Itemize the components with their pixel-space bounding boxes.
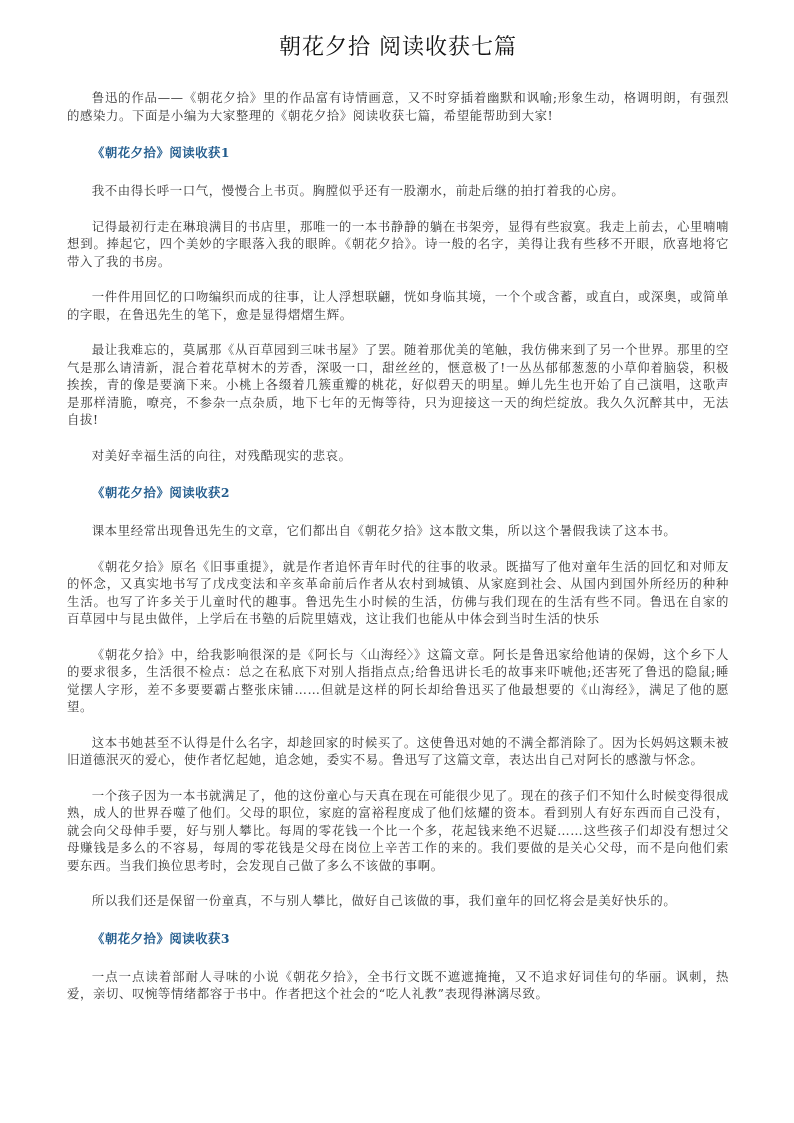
section-1: 《朝花夕拾》阅读收获1 我不由得长呼一口气，慢慢合上书页。胸膛似乎还有一股潮水，… (67, 144, 729, 464)
section-heading: 《朝花夕拾》阅读收获1 (67, 144, 729, 162)
paragraph: 一件件用回忆的口吻编织而成的往事，让人浮想联翩，恍如身临其境，一个个或含蓄，或直… (67, 288, 729, 323)
paragraph: 《朝花夕拾》原名《旧事重提》，就是作者追怀青年时代的往事的收录。既描写了他对童年… (67, 558, 729, 628)
paragraph: 记得最初行走在琳琅满目的书店里，那唯一的一本书静静的躺在书架旁，显得有些寂寞。我… (67, 218, 729, 271)
paragraph: 课本里经常出现鲁迅先生的文章，它们都出自《朝花夕拾》这本散文集，所以这个暑假我读… (67, 522, 729, 540)
paragraph: 一个孩子因为一本书就满足了，他的这份童心与天真在现在可能很少见了。现在的孩子们不… (67, 787, 729, 875)
intro-paragraph: 鲁迅的作品——《朝花夕拾》里的作品富有诗情画意，又不时穿插着幽默和讽喻;形象生动… (67, 89, 729, 124)
document-page: 朝花夕拾 阅读收获七篇 鲁迅的作品——《朝花夕拾》里的作品富有诗情画意，又不时穿… (67, 0, 729, 1003)
section-2: 《朝花夕拾》阅读收获2 课本里经常出现鲁迅先生的文章，它们都出自《朝花夕拾》这本… (67, 484, 729, 910)
paragraph: 所以我们还是保留一份童真，不与别人攀比，做好自己该做的事，我们童年的回忆将会是美… (67, 892, 729, 910)
paragraph: 对美好幸福生活的向往，对残酷现实的悲哀。 (67, 447, 729, 465)
section-heading: 《朝花夕拾》阅读收获3 (67, 930, 729, 948)
document-title: 朝花夕拾 阅读收获七篇 (67, 33, 729, 63)
paragraph: 这本书她甚至不认得是什么名字，却趁回家的时候买了。这使鲁迅对她的不满全都消除了。… (67, 734, 729, 769)
paragraph: 最让我难忘的，莫属那《从百草园到三味书屋》了罢。随着那优美的笔触，我仿佛来到了另… (67, 341, 729, 429)
section-3: 《朝花夕拾》阅读收获3 一点一点读着部耐人寻味的小说《朝花夕拾》，全书行文既不遮… (67, 930, 729, 1003)
section-heading: 《朝花夕拾》阅读收获2 (67, 484, 729, 502)
paragraph: 一点一点读着部耐人寻味的小说《朝花夕拾》，全书行文既不遮遮掩掩，又不追求好词佳句… (67, 968, 729, 1003)
paragraph: 我不由得长呼一口气，慢慢合上书页。胸膛似乎还有一股潮水，前赴后继的拍打着我的心房… (67, 182, 729, 200)
paragraph: 《朝花夕拾》中，给我影响很深的是《阿长与〈山海经〉》这篇文章。阿长是鲁迅家给他请… (67, 646, 729, 716)
